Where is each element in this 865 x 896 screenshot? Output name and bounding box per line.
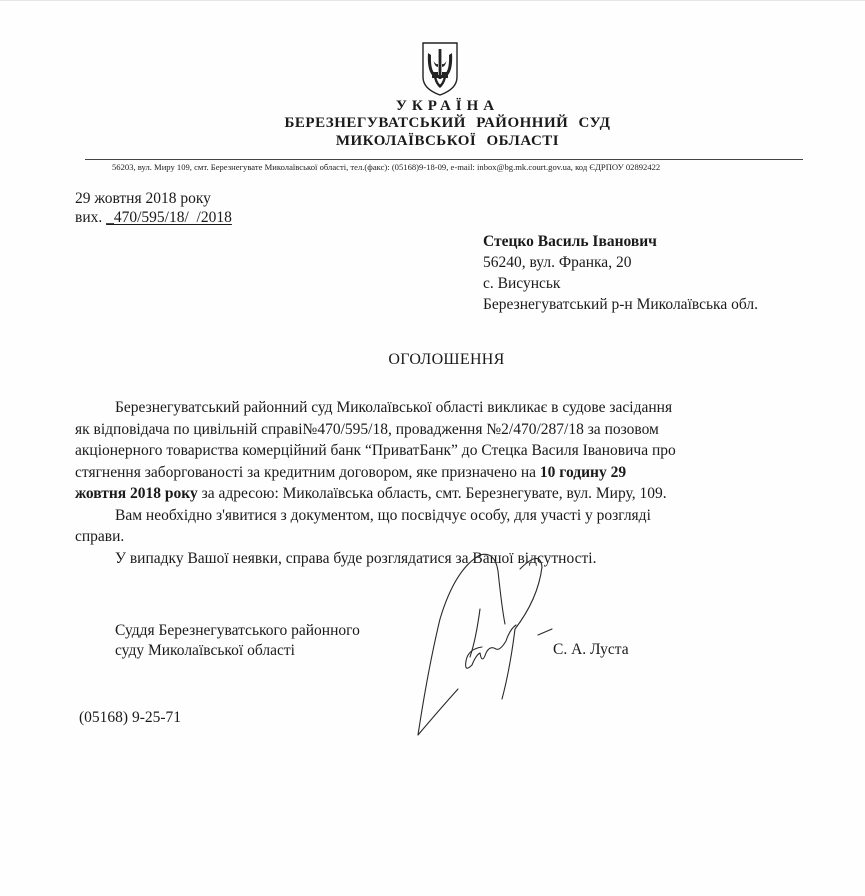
text-segment: стягнення заборгованості за кредитним до… — [75, 464, 540, 481]
text-line: жовтня 2018 року за адресою: Миколаївськ… — [75, 483, 810, 505]
addressee-district: Березнегуватський р-н Миколаївська обл. — [483, 294, 758, 315]
outgoing-prefix: вих. — [75, 209, 102, 226]
judge-title-line: Суддя Березнегуватського районного — [115, 621, 360, 641]
contact-phone: (05168) 9-25-71 — [79, 709, 181, 727]
notice-body: Березнегуватський районний суд Миколаївс… — [75, 397, 810, 569]
document-requirement-paragraph: Вам необхідно з'явитися з документом, що… — [75, 505, 810, 548]
hearing-time: 10 годину 29 — [540, 464, 626, 481]
outgoing-number-line: вих. _470/595/18/ /2018 — [75, 209, 232, 227]
outgoing-number: _470/595/18/ /2018 — [106, 209, 232, 226]
notice-title: ОГОЛОШЕННЯ — [0, 351, 865, 369]
judge-title-line: суду Миколаївської області — [115, 641, 360, 661]
text-segment: за адресою: Миколаївська область, смт. Б… — [198, 485, 667, 502]
judge-title: Суддя Березнегуватського районного суду … — [115, 621, 360, 661]
header-divider — [85, 159, 803, 160]
summons-paragraph: Березнегуватський районний суд Миколаївс… — [75, 397, 810, 505]
handwritten-signature-icon — [410, 549, 570, 739]
absence-warning-paragraph: У випадку Вашої неявки, справа буде розг… — [75, 548, 810, 570]
text-line: як відповідача по цивільній справі№470/5… — [75, 419, 810, 441]
document-date: 29 жовтня 2018 року — [75, 190, 211, 208]
document-page: УКРАЇНА БЕРЕЗНЕГУВАТСЬКИЙ РАЙОННИЙ СУД М… — [0, 0, 865, 896]
court-contacts: 56203, вул. Миру 109, смт. Березнегувате… — [112, 162, 660, 172]
court-name: БЕРЕЗНЕГУВАТСЬКИЙ РАЙОННИЙ СУД — [0, 115, 865, 132]
country-name: УКРАЇНА — [0, 98, 865, 115]
text-line: Вам необхідно з'явитися з документом, що… — [75, 505, 810, 527]
text-line: У випадку Вашої неявки, справа буде розг… — [75, 548, 810, 570]
text-line: Березнегуватський районний суд Миколаївс… — [75, 397, 810, 419]
addressee-block: Стецко Василь Іванович 56240, вул. Франк… — [483, 231, 758, 315]
court-region: МИКОЛАЇВСЬКОЇ ОБЛАСТІ — [0, 133, 865, 150]
text-line: справи. — [75, 526, 810, 548]
judge-name: С. А. Луста — [553, 641, 629, 659]
addressee-village: с. Висунськ — [483, 273, 758, 294]
hearing-date: жовтня 2018 року — [75, 485, 198, 502]
text-line: стягнення заборгованості за кредитним до… — [75, 462, 810, 484]
trident-emblem-icon — [421, 41, 459, 97]
addressee-name: Стецко Василь Іванович — [483, 231, 758, 252]
addressee-street: 56240, вул. Франка, 20 — [483, 252, 758, 273]
text-line: акціонерного товариства комерційний банк… — [75, 440, 810, 462]
